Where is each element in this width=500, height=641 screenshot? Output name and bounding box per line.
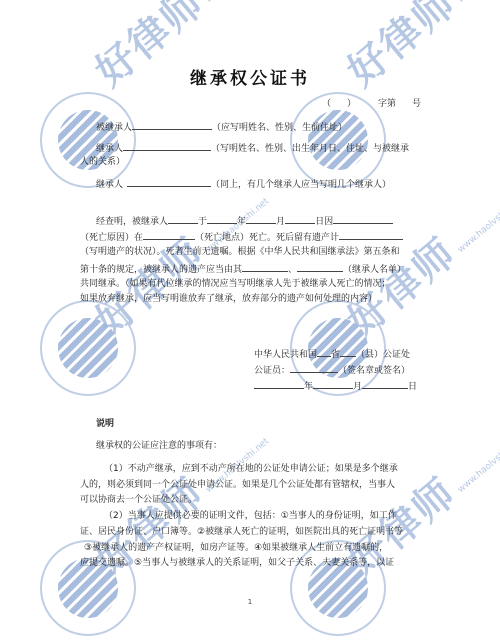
document-title: 继承权公证书	[0, 64, 500, 89]
notes-line: ③被继承人的遗产产权证明，如房产证等。④如果被继承人生前立有遗嘱的，	[84, 542, 388, 555]
party-heir-1-cont: 人的关系）	[80, 156, 125, 169]
signature-office: 中华人民共和国省（县）公证处	[254, 347, 410, 362]
body-line-1: 经查明，被继承人于年月日因	[96, 214, 393, 229]
body-line-5: 共同继承。（如果有代位继承的情况应当写明继承人先于被继承人死亡的情况；	[80, 278, 391, 291]
party-decedent: 被继承人（应写明姓名、性别、生前住址）	[96, 120, 347, 135]
signature-date: 年月日	[254, 379, 417, 394]
watermark-stamp-icon	[40, 300, 136, 396]
party-heir-1: 继承人（写明姓名、性别、出生年月日、住址、与被继承	[96, 141, 409, 156]
body-line-3: （写明遗产的状况）。死者生前无遗嘱。根据《中华人民共和国继承法》第五条和	[80, 246, 400, 259]
notes-line: 证、居民身份证、户口簿等。②被继承人死亡的证明，如医院出具的死亡证明书等	[80, 526, 403, 539]
party-heir-2: 继承人（同上，有几个继承人应当写明几个继承人）	[96, 177, 391, 192]
page-number: 1	[0, 598, 500, 606]
notes-line: 可以协商去一个公证处公证。	[80, 494, 197, 507]
notes-heading: 说明	[96, 418, 114, 431]
notes-line: 人的，则必须到同一个公证处申请公证。如果是几个公证处都有管辖权，当事人	[80, 479, 395, 492]
document-page: 好律师www.haolvshi.net 好律师www.haolvshi.net …	[0, 0, 500, 641]
watermark-stamp-icon	[40, 92, 136, 188]
body-line-6: 如果放弃继承，应当写明谁放弃了继承，放弃部分的遗产如何处理的内容）	[80, 293, 377, 306]
body-line-2: （死亡原因）在（死亡地点）死亡。死后留有遗产计	[80, 230, 403, 245]
notes-intro: 继承权的公证应注意的事项有：	[96, 440, 222, 453]
notes-line: （1）不动产继承，应到不动产所在地的公证处申请公证；如果是多个继承	[104, 463, 398, 476]
notes-line: （2）当事人应提供必要的证明文件，包括：①当事人的身份证明，如工作	[104, 510, 397, 523]
notes-line: 应提交遗嘱。⑤当事人与被继承人的关系证明，如父子关系、夫妻关系等，以证	[80, 557, 394, 570]
signature-notary: 公证员：（签名章或签名）	[254, 363, 410, 378]
body-line-4: 第十条的规定，被继承人的遗产应当由其、（继承人名单）	[80, 262, 406, 277]
case-number: （）字第号	[322, 98, 421, 111]
